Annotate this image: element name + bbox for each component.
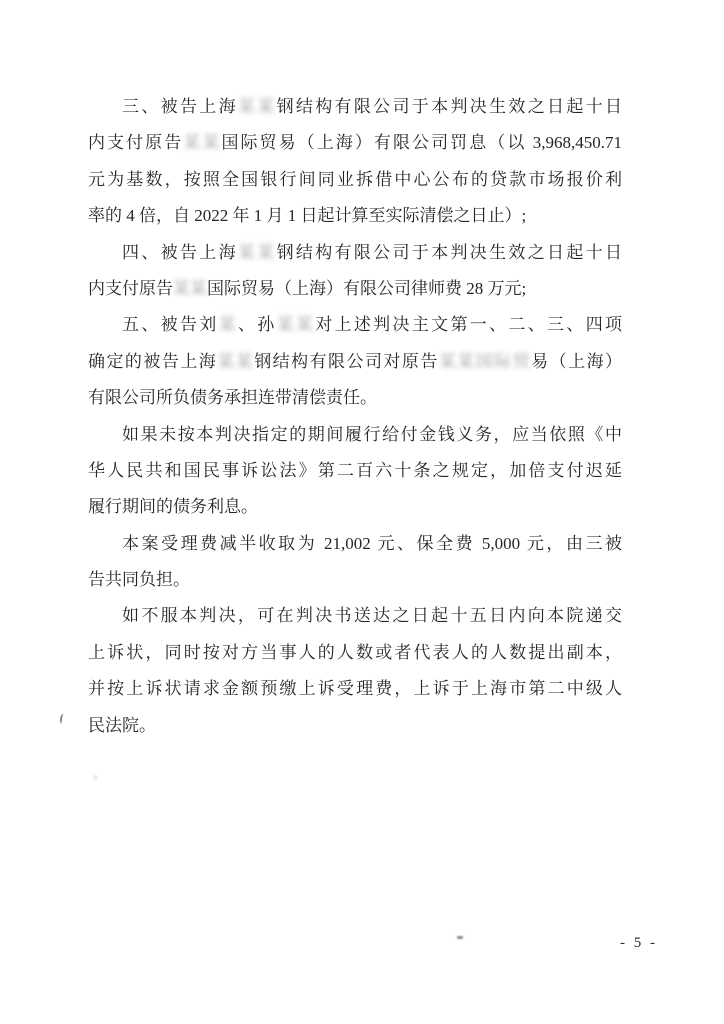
doc-line: 有限公司所负债务承担连带清偿责任。 — [88, 380, 622, 416]
doc-line: 民法院。 — [88, 708, 622, 744]
doc-line: 本案受理费减半收取为 21,002 元、保全费 5,000 元，由三被 — [88, 526, 622, 562]
redacted-text: 某某 — [238, 243, 277, 262]
text-segment: 如果未按本判决指定的期间履行给付金钱义务，应当依照《中 — [122, 425, 622, 444]
text-segment: 钢结构有限公司于本判决生效之日起十日 — [277, 243, 622, 262]
text-segment: 履行期间的债务利息。 — [88, 497, 258, 516]
text-segment: 内支付原告 — [88, 279, 173, 298]
doc-line: 并按上诉状请求金额预缴上诉受理费，上诉于上海市第二中级人 — [88, 671, 622, 707]
doc-line: 如不服本判决，可在判决书送达之日起十五日内向本院递交 — [88, 598, 622, 634]
text-segment: 民法院。 — [88, 716, 156, 735]
text-segment: 如不服本判决，可在判决书送达之日起十五日内向本院递交 — [122, 606, 622, 625]
text-segment: 、孙 — [238, 315, 277, 334]
text-segment: 钢结构有限公司于本判决生效之日起十日 — [277, 97, 622, 116]
redacted-text: 某某 — [217, 352, 254, 371]
doc-line: 上诉状，同时按对方当事人的人数或者代表人的人数提出副本， — [88, 635, 622, 671]
text-segment: 易（上海） — [531, 352, 622, 371]
scan-artifact-mark — [59, 714, 67, 725]
redacted-text: 某某 — [238, 97, 277, 116]
judgment-text: 三、被告上海某某钢结构有限公司于本判决生效之日起十日内支付原告某某国际贸易（上海… — [88, 89, 622, 744]
doc-line: 告共同负担。 — [88, 562, 622, 598]
text-segment: 本案受理费减半收取为 21,002 元、保全费 5,000 元，由三被 — [122, 534, 622, 553]
text-segment: 有限公司所负债务承担连带清偿责任。 — [88, 388, 377, 407]
doc-line: 确定的被告上海某某钢结构有限公司对原告某某国际贸易（上海） — [88, 344, 622, 380]
scan-artifact-speck — [93, 775, 98, 780]
doc-line: 三、被告上海某某钢结构有限公司于本判决生效之日起十日 — [88, 89, 622, 125]
doc-line: 元为基数，按照全国银行间同业拆借中心公布的贷款市场报价利 — [88, 162, 622, 198]
text-segment: 上诉状，同时按对方当事人的人数或者代表人的人数提出副本， — [88, 643, 622, 662]
text-segment: 国际贸易（上海）有限公司罚息（以 3,968,450.71 — [221, 133, 622, 152]
doc-line: 内支付原告某某国际贸易（上海）有限公司律师费 28 万元; — [88, 271, 622, 307]
text-segment: 元为基数，按照全国银行间同业拆借中心公布的贷款市场报价利 — [88, 170, 622, 189]
page-number: - 5 - — [596, 931, 680, 955]
doc-line: 如果未按本判决指定的期间履行给付金钱义务，应当依照《中 — [88, 417, 622, 453]
document-page: 三、被告上海某某钢结构有限公司于本判决生效之日起十日内支付原告某某国际贸易（上海… — [0, 0, 724, 1024]
text-segment: 五、被告刘 — [122, 315, 219, 334]
doc-line: 内支付原告某某国际贸易（上海）有限公司罚息（以 3,968,450.71 — [88, 125, 622, 161]
redacted-text: 某某 — [277, 315, 316, 334]
doc-line: 履行期间的债务利息。 — [88, 489, 622, 525]
doc-line: 五、被告刘某、孙某某对上述判决主文第一、二、三、四项 — [88, 307, 622, 343]
text-segment: 并按上诉状请求金额预缴上诉受理费，上诉于上海市第二中级人 — [88, 679, 622, 698]
text-segment: 三、被告上海 — [122, 97, 238, 116]
text-segment: 率的 4 倍，自 2022 年 1 月 1 日起计算至实际清偿之日止）; — [88, 206, 526, 225]
text-segment: 国际贸易（上海）有限公司律师费 28 万元; — [207, 279, 526, 298]
text-segment: 确定的被告上海 — [88, 352, 217, 371]
text-segment: 对上述判决主文第一、二、三、四项 — [315, 315, 622, 334]
text-segment: 四、被告上海 — [122, 243, 238, 262]
doc-line: 四、被告上海某某钢结构有限公司于本判决生效之日起十日 — [88, 235, 622, 271]
redacted-text: 某 — [219, 315, 238, 334]
text-segment: 华人民共和国民事诉讼法》第二百六十条之规定，加倍支付迟延 — [88, 461, 622, 480]
scan-artifact-speck — [457, 936, 463, 939]
doc-line: 率的 4 倍，自 2022 年 1 月 1 日起计算至实际清偿之日止）; — [88, 198, 622, 234]
text-segment: 告共同负担。 — [88, 570, 190, 589]
text-segment: 内支付原告 — [88, 133, 183, 152]
text-segment: 钢结构有限公司对原告 — [254, 352, 439, 371]
redacted-text: 某某 — [173, 279, 207, 298]
redacted-text: 某某国际贸 — [439, 352, 531, 371]
doc-line: 华人民共和国民事诉讼法》第二百六十条之规定，加倍支付迟延 — [88, 453, 622, 489]
redacted-text: 某某 — [183, 133, 221, 152]
